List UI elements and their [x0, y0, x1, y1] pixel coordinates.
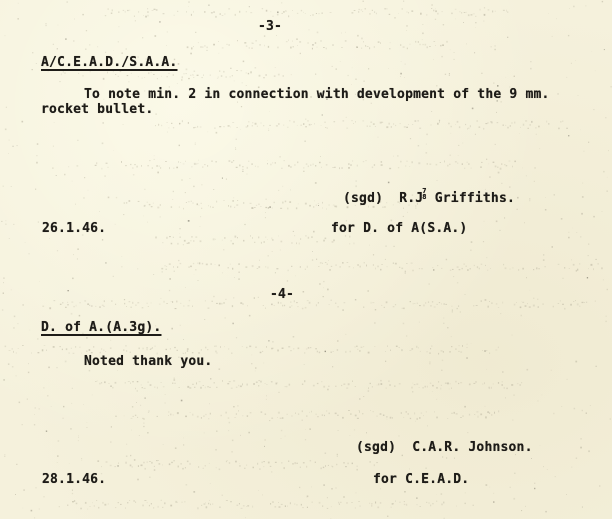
signature-prefix: (sgd) [356, 440, 396, 455]
minute-4-date: 28.1.46. [42, 473, 106, 487]
page-number-4: -4- [270, 288, 294, 302]
signature-surname: Griffiths. [435, 191, 515, 206]
signature-name: C.A.R. Johnson. [412, 440, 532, 455]
signature-initials: R.J [399, 191, 423, 206]
signature-prefix: (sgd) [343, 191, 383, 206]
page-number-3: -3- [258, 20, 282, 34]
addressee-heading-4: D. of A.(A.3g). [41, 321, 161, 335]
minute-3-on-behalf-of: for D. of A(S.A.) [331, 222, 467, 236]
signature-block-4: (sgd) C.A.R. Johnson. [356, 441, 533, 455]
minute-3-date: 26.1.46. [42, 222, 106, 236]
signature-block-3: (sgd) R.J78 Griffiths. [343, 188, 515, 206]
addressee-heading-3: A/C.E.A.D./S.A.A. [41, 56, 177, 70]
signature-handwritten-mark: 78 [422, 188, 426, 200]
minute-3-body-line-2: rocket bullet. [41, 103, 153, 117]
minute-3-body-line-1: To note min. 2 in connection with develo… [84, 88, 550, 102]
minute-4-on-behalf-of: for C.E.A.D. [373, 473, 469, 487]
minute-4-body-line-1: Noted thank you. [84, 355, 212, 369]
